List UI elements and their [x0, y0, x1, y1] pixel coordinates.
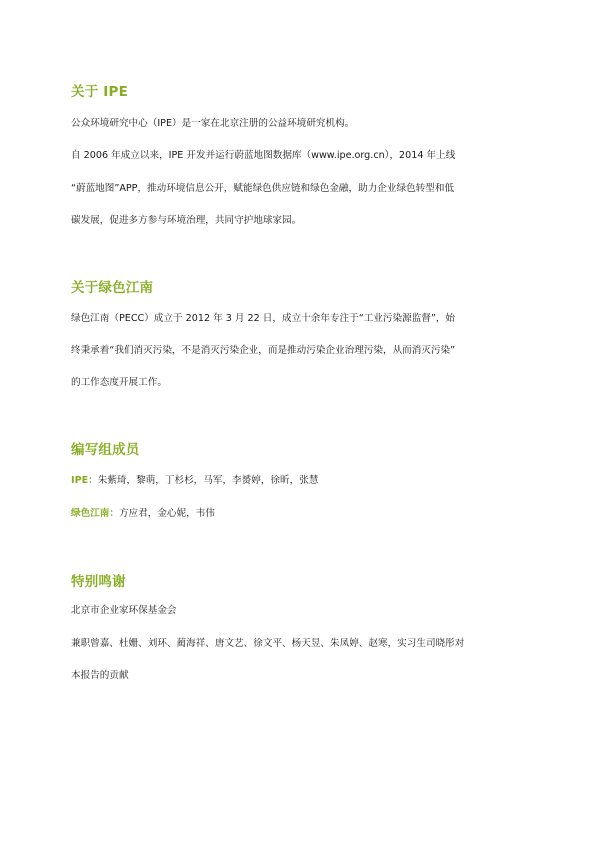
- thanks-line-2: 兼职曾嘉、杜姗、刘环、蔺海祥、唐文艺、徐文平、杨天昱、朱凤婷、赵寒，实习生司晓彤…: [71, 637, 464, 651]
- authors-pecc-label: 绿色江南：: [71, 508, 119, 519]
- section-title-thanks: 特别鸣谢: [71, 570, 126, 590]
- section-title-about-pecc: 关于绿色江南: [71, 276, 153, 296]
- authors-ipe-row: IPE：朱紫琦，黎萌，丁杉杉，马军，李赟婷，徐昕，张慧: [71, 474, 318, 488]
- authors-pecc-row: 绿色江南：方应君，金心妮，韦伟: [71, 507, 215, 521]
- about-ipe-line-3: “蔚蓝地图”APP，推动环境信息公开，赋能绿色供应链和绿色金融，助力企业绿色转型…: [71, 182, 454, 196]
- authors-ipe-members: 朱紫琦，黎萌，丁杉杉，马军，李赟婷，徐昕，张慧: [98, 475, 319, 486]
- authors-ipe-label: IPE：: [71, 475, 98, 486]
- about-pecc-line-3: 的工作态度开展工作。: [71, 376, 167, 390]
- about-ipe-line-4: 碳发展，促进多方参与环境治理，共同守护地球家园。: [71, 214, 301, 228]
- about-ipe-line-2: 自 2006 年成立以来，IPE 开发并运行蔚蓝地图数据库（www.ipe.or…: [71, 149, 455, 163]
- thanks-line-1: 北京市企业家环保基金会: [71, 604, 177, 618]
- about-pecc-line-1: 绿色江南（PECC）成立于 2012 年 3 月 22 日，成立十余年专注于“工…: [71, 312, 455, 326]
- about-ipe-line-1: 公众环境研究中心（IPE）是一家在北京注册的公益环境研究机构。: [71, 117, 354, 131]
- section-title-authors: 编写组成员: [71, 438, 140, 458]
- section-title-about-ipe: 关于 IPE: [71, 80, 128, 100]
- authors-pecc-members: 方应君，金心妮，韦伟: [119, 508, 215, 519]
- about-pecc-line-2: 终秉承着“我们消灭污染，不是消灭污染企业，而是推动污染企业治理污染，从而消灭污染…: [71, 344, 455, 358]
- thanks-line-3: 本报告的贡献: [71, 669, 129, 683]
